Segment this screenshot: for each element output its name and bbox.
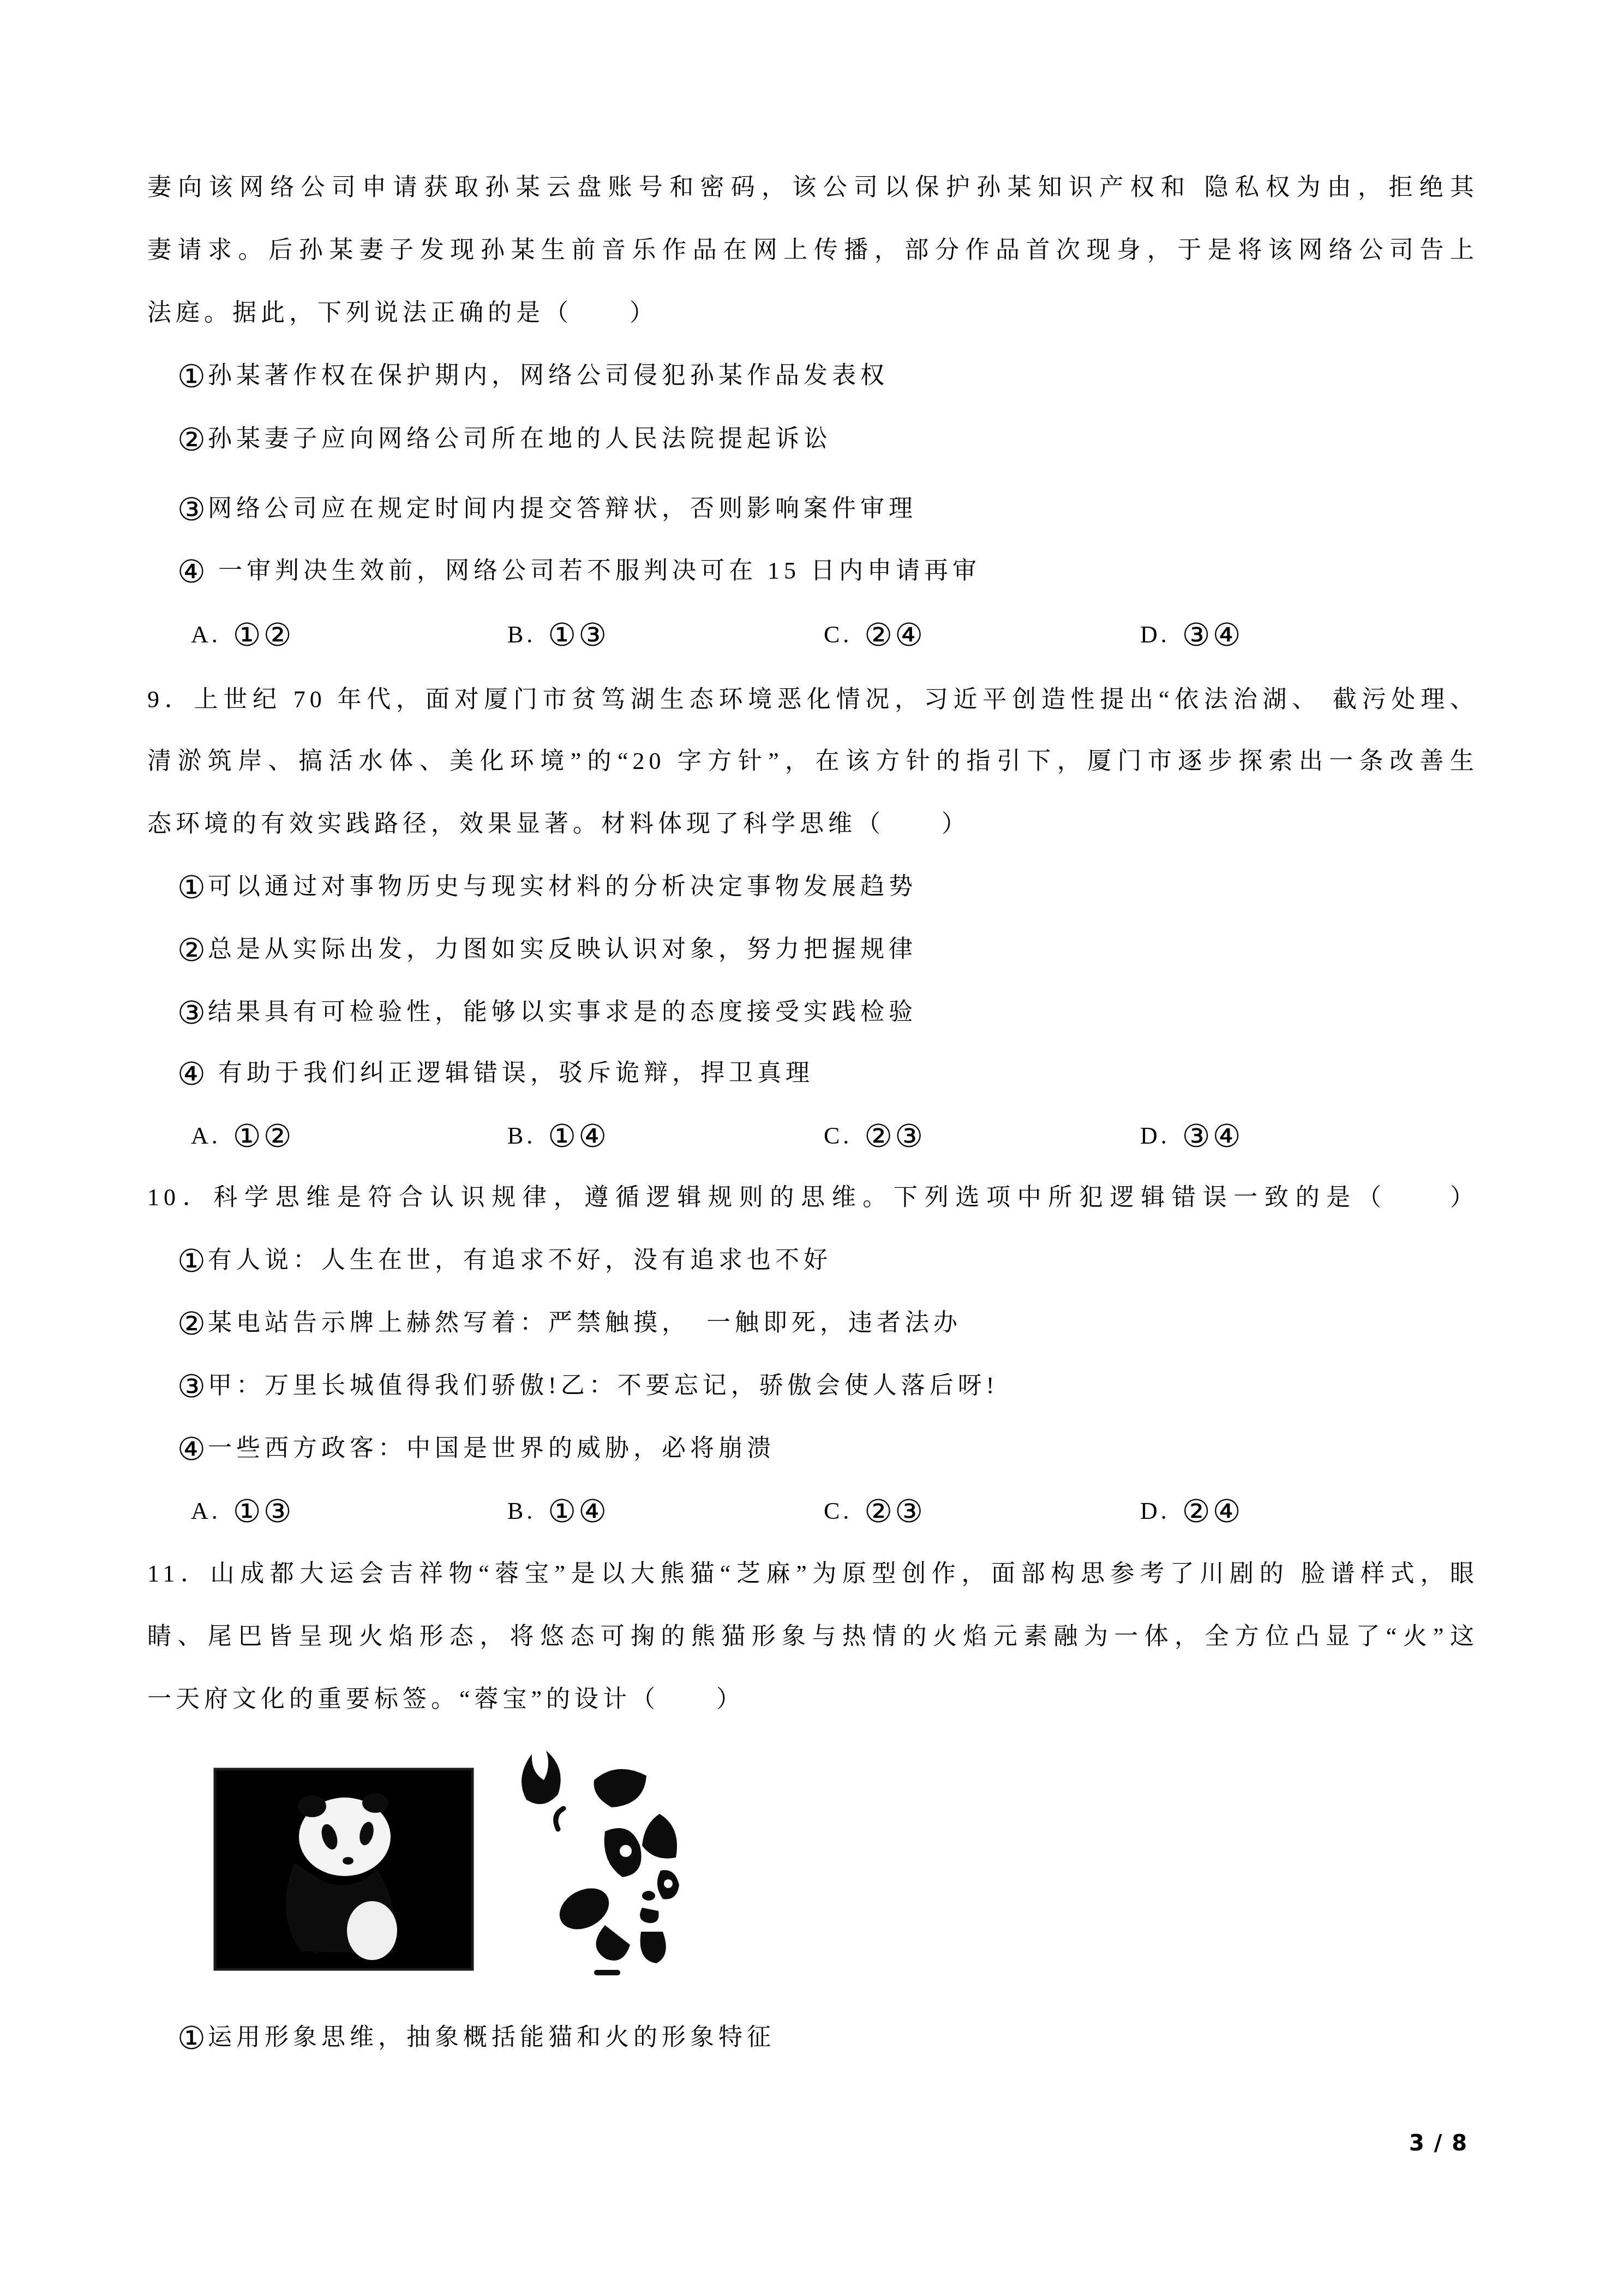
q10-statement-4: ④一些西方政客：中国是世界的威胁，必将崩溃 [177, 1417, 1478, 1480]
q8-paragraph-line: 妻向该网络公司申请获取孙某云盘账号和密码，该公司以保护孙某知识产权和 隐私权为由… [147, 156, 1478, 219]
option-label: D. [1140, 1104, 1170, 1167]
circled-number: ③ [177, 994, 208, 1031]
statement-text: 可以通过对事物历史与现实材料的分析决定事物发展趋势 [208, 873, 917, 900]
q9-option-a: A.①② [191, 1104, 507, 1167]
q11-statement-1: ①运用形象思维，抽象概括能猫和火的形象特征 [177, 2006, 1478, 2069]
q11-paragraph-line: 一天府文化的重要标签。“蓉宝”的设计（ ） [147, 1668, 1478, 1730]
option-label: D. [1140, 1480, 1170, 1542]
statement-text: 一些西方政客：中国是世界的威胁，必将崩溃 [208, 1435, 775, 1462]
option-circled-numbers: ①④ [548, 1495, 609, 1527]
rongbao-mascot-image [487, 1744, 684, 1979]
statement-text: 孙某妻子应向网络公司所在地的人民法院提起诉讼 [208, 425, 832, 452]
circled-number: ② [177, 931, 208, 969]
q8-option-a: A.①② [191, 603, 507, 666]
circled-number: ② [177, 1305, 208, 1342]
option-circled-numbers: ①③ [548, 619, 609, 651]
option-circled-numbers: ①② [233, 619, 294, 651]
q9-paragraph-line: 清淤筑岸、搞活水体、美化环境”的“20 字方针”，在该方针的指引下，厦门市逐步探… [147, 730, 1478, 792]
q8-options-row: A.①② B.①③ C.②④ D.③④ [191, 603, 1500, 666]
q9-options-row: A.①② B.①④ C.②③ D.③④ [191, 1104, 1500, 1167]
q10-statement-1: ①有人说：人生在世，有追求不好，没有追求也不好 [177, 1229, 1478, 1291]
circled-number: ④ [177, 553, 208, 590]
circled-number: ① [177, 869, 208, 906]
option-label: B. [507, 1104, 536, 1167]
q9-option-d: D.③④ [1140, 1104, 1457, 1167]
q10-option-c: C.②③ [824, 1480, 1140, 1542]
circled-number: ③ [177, 491, 208, 528]
q10-options-row: A.①③ B.①④ C.②③ D.②④ [191, 1480, 1500, 1542]
option-circled-numbers: ②③ [864, 1495, 925, 1527]
q9-statement-4: ④ 有助于我们纠正逻辑错误，驳斥诡辩，捍卫真理 [177, 1042, 1478, 1104]
option-label: B. [507, 603, 536, 666]
q10-option-a: A.①③ [191, 1480, 507, 1542]
q8-statement-1: ①孙某著作权在保护期内，网络公司侵犯孙某作品发表权 [177, 344, 1478, 407]
rongbao-mascot [487, 1744, 684, 1985]
option-label: A. [191, 603, 221, 666]
q9-option-b: B.①④ [507, 1104, 824, 1167]
option-circled-numbers: ③④ [1182, 1120, 1243, 1152]
option-label: A. [191, 1104, 221, 1167]
option-label: A. [191, 1480, 221, 1542]
circled-number: ② [177, 421, 208, 458]
statement-text: 总是从实际出发，力图如实反映认识对象，努力把握规律 [208, 936, 917, 963]
q10-statement-3: ③甲：万里长城值得我们骄傲!乙：不要忘记，骄傲会使人落后呀! [177, 1354, 1478, 1417]
statement-text: 一审判决生效前，网络公司若不服判决可在 15 日内申请再审 [208, 557, 981, 584]
q8-statement-4: ④ 一审判决生效前，网络公司若不服判决可在 15 日内申请再审 [177, 539, 1478, 602]
circled-number: ④ [177, 1055, 208, 1092]
option-label: C. [824, 603, 852, 666]
option-label: C. [824, 1480, 852, 1542]
q9-paragraph-line: 态环境的有效实践路径，效果显著。材料体现了科学思维（ ） [147, 792, 1478, 855]
option-circled-numbers: ②④ [864, 619, 925, 651]
option-circled-numbers: ②③ [864, 1120, 925, 1152]
statement-text: 结果具有可检验性，能够以实事求是的态度接受实践检验 [208, 999, 917, 1025]
statement-text: 网络公司应在规定时间内提交答辩状，否则影响案件审理 [208, 495, 917, 522]
option-circled-numbers: ③④ [1182, 619, 1243, 651]
q8-paragraph-line: 妻请求。后孙某妻子发现孙某生前音乐作品在网上传播，部分作品首次现身，于是将该网络… [147, 219, 1478, 281]
panda-photo [213, 1767, 475, 1978]
q8-statement-3: ③网络公司应在规定时间内提交答辩状，否则影响案件审理 [177, 477, 1478, 540]
q9-statement-1: ①可以通过对事物历史与现实材料的分析决定事物发展趋势 [177, 855, 1478, 918]
q8-option-c: C.②④ [824, 603, 1140, 666]
statement-text: 孙某著作权在保护期内，网络公司侵犯孙某作品发表权 [208, 362, 889, 389]
option-circled-numbers: ①② [233, 1120, 294, 1152]
page-number: 3 / 8 [1409, 2127, 1468, 2160]
statement-text: 有人说：人生在世，有追求不好，没有追求也不好 [208, 1247, 832, 1273]
q8-paragraph-line: 法庭。据此，下列说法正确的是（ ） [147, 281, 1478, 344]
option-label: B. [507, 1480, 536, 1542]
q8-statement-2: ②孙某妻子应向网络公司所在地的人民法院提起诉讼 [177, 407, 1478, 470]
option-circled-numbers: ①③ [233, 1495, 294, 1527]
statement-text: 运用形象思维，抽象概括能猫和火的形象特征 [208, 2024, 775, 2051]
circled-number: ① [177, 2019, 208, 2057]
q10-option-b: B.①④ [507, 1480, 824, 1542]
q11-paragraph-line: 睛、尾巴皆呈现火焰形态，将悠态可掬的熊猫形象与热情的火焰元素融为一体，全方位凸显… [147, 1605, 1478, 1668]
q11-paragraph-line: 11．山成都大运会吉祥物“蓉宝”是以大熊猫“芝麻”为原型创作，面部构思参考了川剧… [147, 1542, 1478, 1605]
q8-option-d: D.③④ [1140, 603, 1457, 666]
option-label: D. [1140, 603, 1170, 666]
circled-number: ④ [177, 1431, 208, 1468]
q10-option-d: D.②④ [1140, 1480, 1457, 1542]
circled-number: ① [177, 358, 208, 395]
document-page: 妻向该网络公司申请获取孙某云盘账号和密码，该公司以保护孙某知识产权和 隐私权为由… [0, 0, 1624, 2296]
circled-number: ③ [177, 1368, 208, 1405]
statement-text: 某电站告示牌上赫然写着：严禁触摸， 一触即死，违者法办 [208, 1309, 962, 1336]
statement-text: 甲：万里长城值得我们骄傲!乙：不要忘记，骄傲会使人落后呀! [208, 1372, 998, 1399]
q9-statement-2: ②总是从实际出发，力图如实反映认识对象，努力把握规律 [177, 918, 1478, 981]
option-label: C. [824, 1104, 852, 1167]
q9-paragraph-line: 9．上世纪 70 年代，面对厦门市贫笃湖生态环境恶化情况，习近平创造性提出“依法… [147, 668, 1478, 731]
panda-photo-image [213, 1767, 475, 1972]
q9-statement-3: ③结果具有可检验性，能够以实事求是的态度接受实践检验 [177, 981, 1478, 1043]
q10-paragraph-line: 10．科学思维是符合认识规律，遵循逻辑规则的思维。下列选项中所犯逻辑错误一致的是… [147, 1166, 1478, 1229]
circled-number: ① [177, 1242, 208, 1279]
q10-statement-2: ②某电站告示牌上赫然写着：严禁触摸， 一触即死，违者法办 [177, 1291, 1478, 1354]
option-circled-numbers: ②④ [1182, 1495, 1243, 1527]
option-circled-numbers: ①④ [548, 1120, 609, 1152]
statement-text: 有助于我们纠正逻辑错误，驳斥诡辩，捍卫真理 [208, 1060, 814, 1086]
q9-option-c: C.②③ [824, 1104, 1140, 1167]
q8-option-b: B.①③ [507, 603, 824, 666]
